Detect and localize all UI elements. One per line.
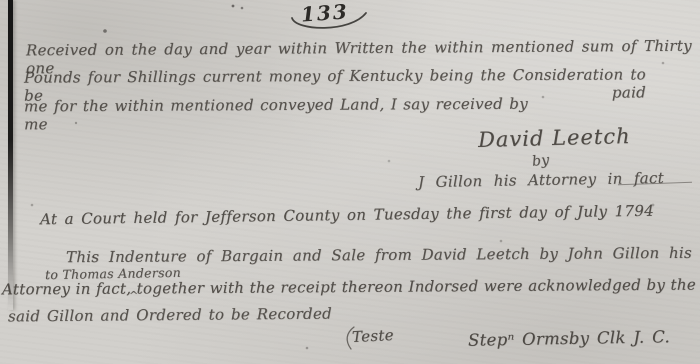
teste-label: Teste (352, 326, 395, 346)
indenture-line-3: said Gillon and Ordered to be Recorded (8, 305, 332, 326)
paper-specks (0, 0, 2, 2)
caret-insertion-mark: ^ (129, 289, 139, 302)
clerk-signature: Stepⁿ Ormsby Clk J. C. (468, 327, 670, 350)
signature-attorney-line: J Gillon his Attorney in fact (418, 169, 664, 191)
page-number: 133 (300, 0, 349, 27)
indenture-line-2: Attorney in fact, together with the rece… (2, 276, 696, 299)
court-session-line: At a Court held for Jefferson County on … (40, 202, 654, 229)
signature-david-leetch: David Leetch (478, 124, 631, 152)
receipt-line-3: me for the within mentioned conveyed Lan… (24, 95, 528, 134)
indenture-line-1: This Indenture of Bargain and Sale from … (66, 244, 692, 266)
binding-edge-line (8, 0, 13, 310)
signature-by-word: by (531, 152, 550, 170)
document-scan: 133 Received on the day and year within … (0, 0, 700, 364)
